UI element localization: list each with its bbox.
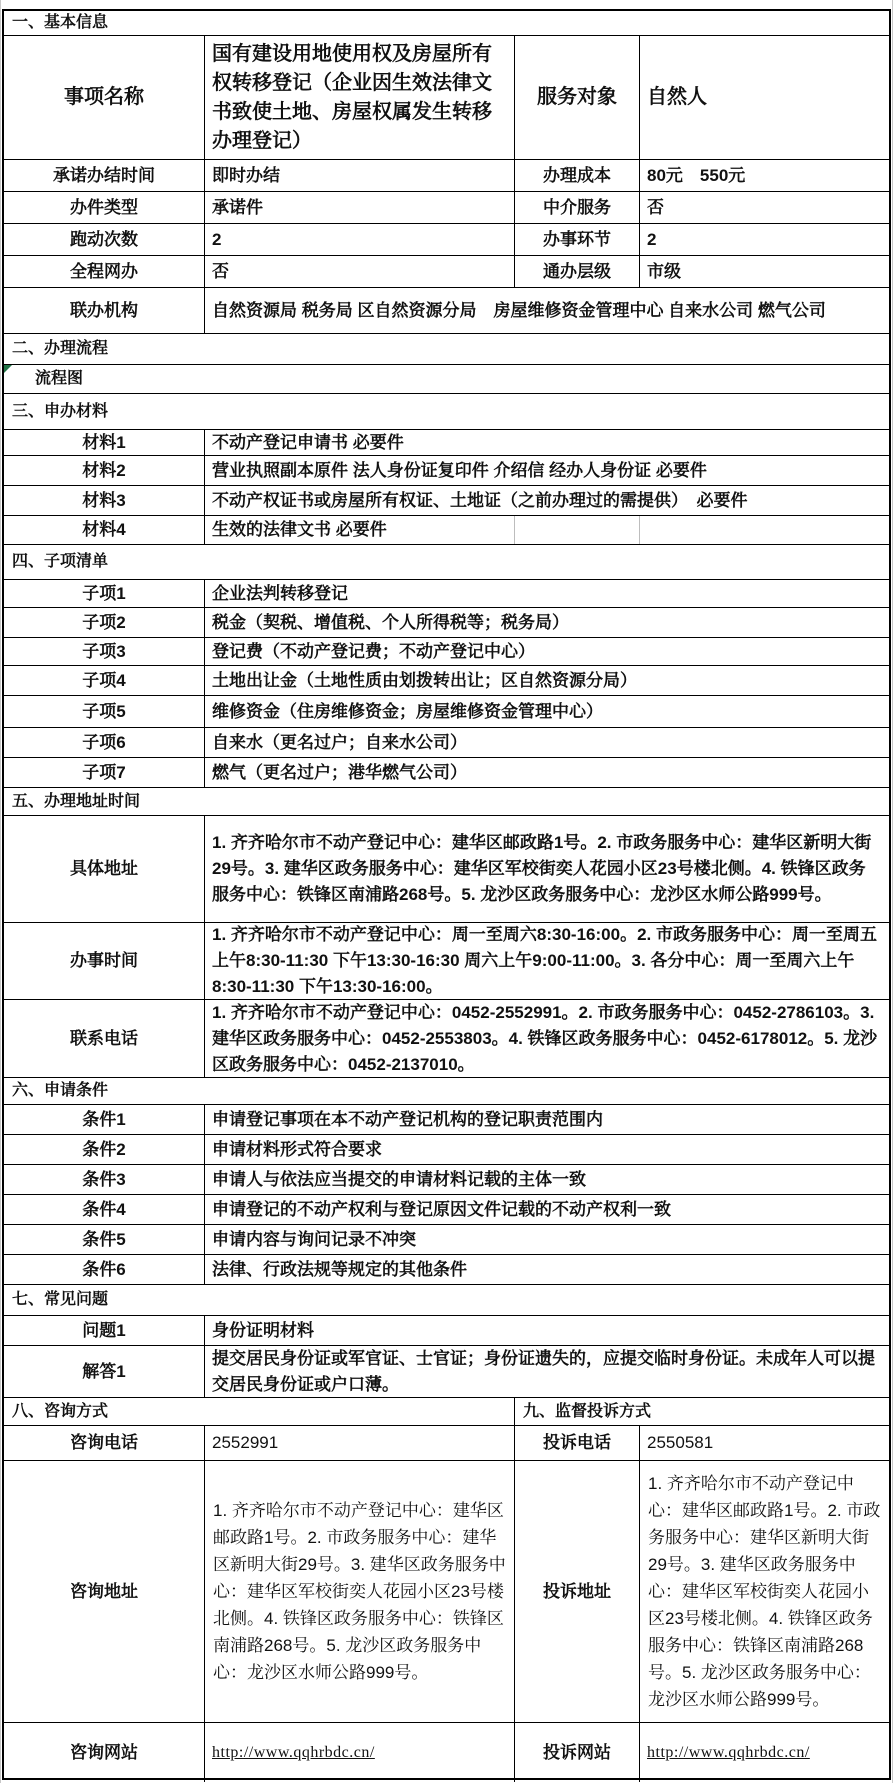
subitem-3-value: 登记费（不动产登记费；不动产登记中心） (204, 638, 889, 665)
section-faq: 七、常见问题 (4, 1284, 889, 1315)
flowchart-label: 流程图 (35, 367, 83, 391)
complaint-address-label: 投诉地址 (514, 1461, 639, 1722)
section-title-process: 二、办理流程 (4, 334, 889, 364)
section-consult-complaint: 八、咨询方式 九、监督投诉方式 (4, 1397, 889, 1425)
visits-value: 2 (204, 224, 514, 255)
condition-2-label: 条件2 (4, 1135, 204, 1164)
address-label: 具体地址 (4, 816, 204, 922)
complaint-address-value: 1. 齐齐哈尔市不动产登记中心：建华区邮政路1号。2. 市政务服务中心：建华区新… (639, 1461, 889, 1722)
material-3-label: 材料3 (4, 486, 204, 515)
section-subitems: 四、子项清单 (4, 544, 889, 579)
consult-website-label: 咨询网站 (4, 1723, 204, 1782)
subitem-2-label: 子项2 (4, 608, 204, 637)
deadline-value: 即时办结 (204, 160, 514, 191)
online-value: 否 (204, 256, 514, 287)
section-address-time: 五、办理地址时间 (4, 787, 889, 815)
section-title-consult: 八、咨询方式 (4, 1398, 514, 1425)
item-name-label: 事项名称 (4, 36, 204, 159)
subitem-6-value: 自来水（更名过户；自来水公司） (204, 728, 889, 757)
service-target-value: 自然人 (639, 36, 889, 159)
service-info-table: 一、基本信息 事项名称 国有建设用地使用权及房屋所有权转移登记（企业因生效法律文… (2, 9, 891, 1780)
condition-1-value: 申请登记事项在本不动产登记机构的登记职责范围内 (204, 1105, 889, 1134)
table-row-question-1: 问题1 身份证明材料 (4, 1315, 889, 1345)
consult-address-value: 1. 齐齐哈尔市不动产登记中心：建华区邮政路1号。2. 市政务服务中心：建华区新… (204, 1461, 514, 1722)
table-row-material-4: 材料4 生效的法律文书 必要件 (4, 515, 889, 544)
subitem-5-value: 维修资金（住房维修资金；房屋维修资金管理中心） (204, 696, 889, 727)
online-label: 全程网办 (4, 256, 204, 287)
subitem-1-label: 子项1 (4, 580, 204, 607)
table-row-address: 具体地址 1. 齐齐哈尔市不动产登记中心：建华区邮政路1号。2. 市政务服务中心… (4, 815, 889, 922)
table-row-subitem-3: 子项3 登记费（不动产登记费；不动产登记中心） (4, 637, 889, 665)
complaint-website-cell: http://www.qqhrbdc.cn/ (639, 1723, 889, 1782)
left-gridline (0, 0, 1, 1783)
table-row-condition-4: 条件4 申请登记的不动产权利与登记原因文件记载的不动产权利一致 (4, 1194, 889, 1224)
condition-3-label: 条件3 (4, 1165, 204, 1194)
subitem-3-label: 子项3 (4, 638, 204, 665)
level-label: 通办层级 (514, 256, 639, 287)
item-name-value: 国有建设用地使用权及房屋所有权转移登记（企业因生效法律文书致使土地、房屋权属发生… (204, 36, 514, 159)
agencies-value: 自然资源局 税务局 区自然资源分局 房屋维修资金管理中心 自来水公司 燃气公司 (204, 288, 889, 333)
section-process: 二、办理流程 (4, 333, 889, 364)
table-row-answer-1: 解答1 提交居民身份证或军官证、士官证；身份证遗失的，应提交临时身份证。未成年人… (4, 1345, 889, 1397)
subitem-4-value: 土地出让金（土地性质由划拨转出让；区自然资源分局） (204, 666, 889, 695)
table-row-condition-2: 条件2 申请材料形式符合要求 (4, 1134, 889, 1164)
subitem-2-value: 税金（契税、增值税、个人所得税等；税务局） (204, 608, 889, 637)
cost-value: 80元 550元 (639, 160, 889, 191)
section-title-subitems: 四、子项清单 (4, 545, 889, 579)
flowchart-cell: 流程图 (4, 365, 889, 393)
intermediary-label: 中介服务 (514, 192, 639, 223)
table-row-condition-1: 条件1 申请登记事项在本不动产登记机构的登记职责范围内 (4, 1104, 889, 1134)
table-row-case-type: 办件类型 承诺件 中介服务 否 (4, 191, 889, 223)
table-row-hotlines: 咨询电话 2552991 投诉电话 2550581 (4, 1425, 889, 1460)
table-row-agencies: 联办机构 自然资源局 税务局 区自然资源分局 房屋维修资金管理中心 自来水公司 … (4, 287, 889, 333)
table-row-material-2: 材料2 营业执照副本原件 法人身份证复印件 介绍信 经办人身份证 必要件 (4, 455, 889, 485)
table-row-material-1: 材料1 不动产登记申请书 必要件 (4, 429, 889, 455)
answer-1-label: 解答1 (4, 1346, 204, 1397)
service-item-document: 一、基本信息 事项名称 国有建设用地使用权及房屋所有权转移登记（企业因生效法律文… (0, 0, 893, 1783)
condition-6-value: 法律、行政法规等规定的其他条件 (204, 1255, 889, 1284)
phones-value: 1. 齐齐哈尔市不动产登记中心：0452-2552991。2. 市政务服务中心：… (204, 1000, 889, 1077)
section-materials: 三、申办材料 (4, 393, 889, 429)
subitem-7-value: 燃气（更名过户；港华燃气公司） (204, 758, 889, 787)
section-title-faq: 七、常见问题 (4, 1285, 889, 1315)
condition-4-value: 申请登记的不动产权利与登记原因文件记载的不动产权利一致 (204, 1195, 889, 1224)
subitem-7-label: 子项7 (4, 758, 204, 787)
table-row-subitem-2: 子项2 税金（契税、增值税、个人所得税等；税务局） (4, 607, 889, 637)
table-row-subitem-6: 子项6 自来水（更名过户；自来水公司） (4, 727, 889, 757)
section-title-complaint: 九、监督投诉方式 (514, 1398, 889, 1425)
table-row-hours: 办事时间 1. 齐齐哈尔市不动产登记中心：周一至周六8:30-16:00。2. … (4, 922, 889, 999)
level-value: 市级 (639, 256, 889, 287)
table-row-condition-5: 条件5 申请内容与询问记录不冲突 (4, 1224, 889, 1254)
material-4-value: 生效的法律文书 必要件 (204, 516, 889, 544)
address-value: 1. 齐齐哈尔市不动产登记中心：建华区邮政路1号。2. 市政务服务中心：建华区新… (204, 816, 889, 922)
condition-5-label: 条件5 (4, 1225, 204, 1254)
section-title-basic: 一、基本信息 (4, 11, 889, 35)
visits-label: 跑动次数 (4, 224, 204, 255)
condition-2-value: 申请材料形式符合要求 (204, 1135, 889, 1164)
subitem-1-value: 企业法判转移登记 (204, 580, 889, 607)
answer-1-value: 提交居民身份证或军官证、士官证；身份证遗失的，应提交临时身份证。未成年人可以提交… (204, 1346, 889, 1397)
case-type-label: 办件类型 (4, 192, 204, 223)
condition-4-label: 条件4 (4, 1195, 204, 1224)
condition-5-value: 申请内容与询问记录不冲突 (204, 1225, 889, 1254)
complaint-phone-label: 投诉电话 (514, 1426, 639, 1460)
table-row-subitem-4: 子项4 土地出让金（土地性质由划拨转出让；区自然资源分局） (4, 665, 889, 695)
consult-website-cell: http://www.qqhrbdc.cn/ (204, 1723, 514, 1782)
table-row-addresses: 咨询地址 1. 齐齐哈尔市不动产登记中心：建华区邮政路1号。2. 市政务服务中心… (4, 1460, 889, 1722)
hours-label: 办事时间 (4, 923, 204, 999)
material-2-label: 材料2 (4, 456, 204, 485)
comment-flag-icon (4, 365, 12, 373)
material-4-label: 材料4 (4, 516, 204, 544)
complaint-website-label: 投诉网站 (514, 1723, 639, 1782)
subitem-5-label: 子项5 (4, 696, 204, 727)
table-row-subitem-1: 子项1 企业法判转移登记 (4, 579, 889, 607)
section-title-conditions: 六、申请条件 (4, 1078, 889, 1104)
condition-3-value: 申请人与依法应当提交的申请材料记载的主体一致 (204, 1165, 889, 1194)
hours-value: 1. 齐齐哈尔市不动产登记中心：周一至周六8:30-16:00。2. 市政务服务… (204, 923, 889, 999)
table-row-subitem-7: 子项7 燃气（更名过户；港华燃气公司） (4, 757, 889, 787)
table-row-material-3: 材料3 不动产权证书或房屋所有权证、土地证（之前办理过的需提供） 必要件 (4, 485, 889, 515)
steps-value: 2 (639, 224, 889, 255)
table-row-flowchart: 流程图 (4, 364, 889, 393)
steps-label: 办事环节 (514, 224, 639, 255)
material-1-label: 材料1 (4, 430, 204, 455)
table-row-deadline: 承诺办结时间 即时办结 办理成本 80元 550元 (4, 159, 889, 191)
service-target-label: 服务对象 (514, 36, 639, 159)
section-title-materials: 三、申办材料 (4, 394, 889, 429)
consult-address-label: 咨询地址 (4, 1461, 204, 1722)
table-row-condition-3: 条件3 申请人与依法应当提交的申请材料记载的主体一致 (4, 1164, 889, 1194)
case-type-value: 承诺件 (204, 192, 514, 223)
table-row-item-name: 事项名称 国有建设用地使用权及房屋所有权转移登记（企业因生效法律文书致使土地、房… (4, 35, 889, 159)
phones-label: 联系电话 (4, 1000, 204, 1077)
table-row-condition-6: 条件6 法律、行政法规等规定的其他条件 (4, 1254, 889, 1284)
condition-6-label: 条件6 (4, 1255, 204, 1284)
consult-phone-value: 2552991 (204, 1426, 514, 1460)
cost-label: 办理成本 (514, 160, 639, 191)
table-row-online: 全程网办 否 通办层级 市级 (4, 255, 889, 287)
table-row-subitem-5: 子项5 维修资金（住房维修资金；房屋维修资金管理中心） (4, 695, 889, 727)
table-row-phones: 联系电话 1. 齐齐哈尔市不动产登记中心：0452-2552991。2. 市政务… (4, 999, 889, 1077)
subitem-6-label: 子项6 (4, 728, 204, 757)
complaint-phone-value: 2550581 (639, 1426, 889, 1460)
consult-phone-label: 咨询电话 (4, 1426, 204, 1460)
intermediary-value: 否 (639, 192, 889, 223)
question-1-value: 身份证明材料 (204, 1316, 889, 1345)
question-1-label: 问题1 (4, 1316, 204, 1345)
agencies-label: 联办机构 (4, 288, 204, 333)
section-basic-info: 一、基本信息 (4, 11, 889, 35)
section-title-address-time: 五、办理地址时间 (4, 788, 889, 815)
deadline-label: 承诺办结时间 (4, 160, 204, 191)
table-row-visits: 跑动次数 2 办事环节 2 (4, 223, 889, 255)
material-3-value: 不动产权证书或房屋所有权证、土地证（之前办理过的需提供） 必要件 (204, 486, 889, 515)
complaint-website-link[interactable]: http://www.qqhrbdc.cn/ (647, 1741, 810, 1765)
section-conditions: 六、申请条件 (4, 1077, 889, 1104)
condition-1-label: 条件1 (4, 1105, 204, 1134)
material-1-value: 不动产登记申请书 必要件 (204, 430, 889, 455)
subitem-4-label: 子项4 (4, 666, 204, 695)
table-row-websites: 咨询网站 http://www.qqhrbdc.cn/ 投诉网站 http://… (4, 1722, 889, 1782)
material-2-value: 营业执照副本原件 法人身份证复印件 介绍信 经办人身份证 必要件 (204, 456, 889, 485)
consult-website-link[interactable]: http://www.qqhrbdc.cn/ (212, 1741, 375, 1765)
